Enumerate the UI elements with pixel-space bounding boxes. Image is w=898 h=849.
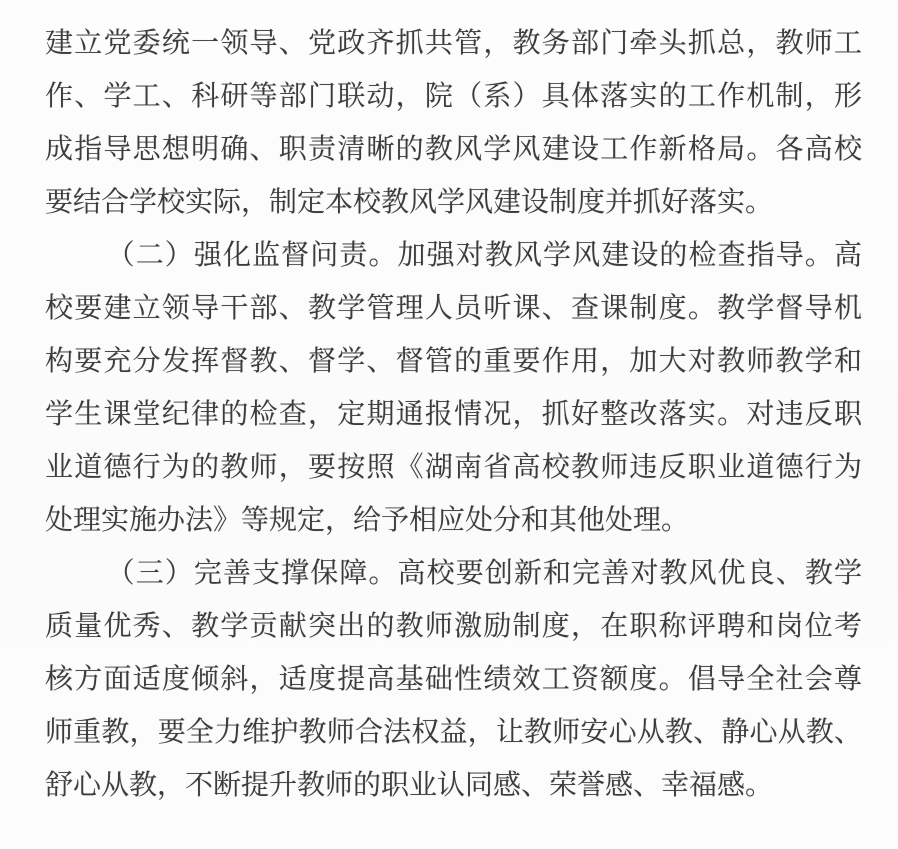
document-page: 建立党委统一领导、党政齐抓共管，教务部门牵头抓总，教师工 作、学工、科研等部门联… — [0, 0, 898, 849]
paragraph-2: （二）强化监督问责。加强对教风学风建设的检查指导。高 校要建立领导干部、教学管理… — [45, 229, 862, 547]
text-line: 建立党委统一领导、党政齐抓共管，教务部门牵头抓总，教师工 — [45, 17, 862, 70]
text-line: 师重教，要全力维护教师合法权益，让教师安心从教、静心从教、 — [45, 706, 862, 759]
text-line: 要结合学校实际，制定本校教风学风建设制度并抓好落实。 — [45, 176, 862, 229]
text-line: 校要建立领导干部、教学管理人员听课、查课制度。教学督导机 — [45, 282, 862, 335]
text-line: 质量优秀、教学贡献突出的教师激励制度，在职称评聘和岗位考 — [45, 600, 862, 653]
text-line: 成指导思想明确、职责清晰的教风学风建设工作新格局。各高校 — [45, 123, 862, 176]
text-line: 业道德行为的教师，要按照《湖南省高校教师违反职业道德行为 — [45, 441, 862, 494]
text-line: 构要充分发挥督教、督学、督管的重要作用，加大对教师教学和 — [45, 335, 862, 388]
text-line: （三）完善支撑保障。高校要创新和完善对教风优良、教学 — [45, 547, 862, 600]
paragraph-1: 建立党委统一领导、党政齐抓共管，教务部门牵头抓总，教师工 作、学工、科研等部门联… — [45, 17, 862, 229]
text-line: 舒心从教，不断提升教师的职业认同感、荣誉感、幸福感。 — [45, 759, 862, 812]
text-line: 核方面适度倾斜，适度提高基础性绩效工资额度。倡导全社会尊 — [45, 653, 862, 706]
paragraph-3: （三）完善支撑保障。高校要创新和完善对教风优良、教学 质量优秀、教学贡献突出的教… — [45, 547, 862, 812]
text-line: （二）强化监督问责。加强对教风学风建设的检查指导。高 — [45, 229, 862, 282]
document-body: 建立党委统一领导、党政齐抓共管，教务部门牵头抓总，教师工 作、学工、科研等部门联… — [45, 17, 862, 812]
text-line: 学生课堂纪律的检查，定期通报情况，抓好整改落实。对违反职 — [45, 388, 862, 441]
text-line: 作、学工、科研等部门联动，院（系）具体落实的工作机制，形 — [45, 70, 862, 123]
text-line: 处理实施办法》等规定，给予相应处分和其他处理。 — [45, 494, 862, 547]
